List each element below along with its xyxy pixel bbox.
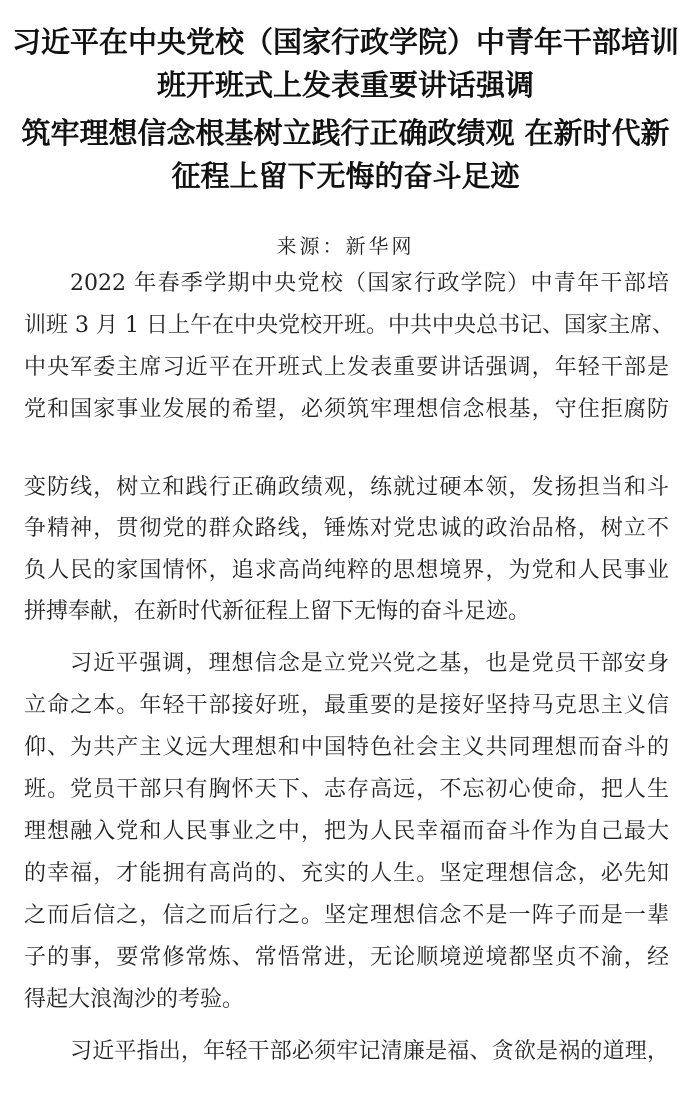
article-source: 来源：新华网 [0,232,691,260]
article-title-line-2: 班开班式上发表重要讲话强调 [0,65,691,105]
paragraph-2-line: 的幸福，才能拥有高尚的、充实的人生。坚定理想信念，必先知 [24,859,669,889]
paragraph-3-line: 习近平指出，年轻干部必须牢记清廉是福、贪欲是祸的道理， [70,1037,669,1067]
paragraph-1-line: 拼搏奉献，在新时代新征程上留下无悔的奋斗足迹。 [24,597,669,627]
paragraph-2-line: 班。党员干部只有胸怀天下、志存高远，不忘初心使命，把人生 [24,775,669,805]
article-title-line-1: 习近平在中央党校（国家行政学院）中青年干部培训 [0,22,691,62]
paragraph-2-line: 理想融入党和人民事业之中，把为人民幸福而奋斗作为自己最大 [24,817,669,847]
paragraph-2-line: 之而后信之，信之而后行之。坚定理想信念不是一阵子而是一辈 [24,901,669,931]
paragraph-2-line: 习近平强调，理想信念是立党兴党之基，也是党员干部安身 [70,649,669,679]
paragraph-1-line: 2022 年春季学期中央党校（国家行政学院）中青年干部培 [70,269,669,299]
paragraph-1-line: 负人民的家国情怀，追求高尚纯粹的思想境界，为党和人民事业 [24,556,669,586]
paragraph-2-line: 立命之本。年轻干部接好班，最重要的是接好坚持马克思主义信 [24,691,669,721]
paragraph-1-line: 训班 3 月 1 日上午在中央党校开班。中共中央总书记、国家主席、 [24,311,669,341]
article-title-line-3: 筑牢理想信念根基树立践行正确政绩观 在新时代新 [0,113,691,153]
paragraph-1-line: 争精神，贯彻党的群众路线，锤炼对党忠诚的政治品格，树立不 [24,514,669,544]
paragraph-2-line: 子的事，要常修常炼、常悟常进，无论顺境逆境都坚贞不渝，经 [24,943,669,973]
paragraph-2-line: 仰、为共产主义远大理想和中国特色社会主义共同理想而奋斗的 [24,733,669,763]
paragraph-2-line: 得起大浪淘沙的考验。 [24,985,669,1015]
article-title-line-4: 征程上留下无悔的奋斗足迹 [0,156,691,196]
paragraph-1-line: 中央军委主席习近平在开班式上发表重要讲话强调，年轻干部是 [24,353,669,383]
paragraph-1-line: 变防线，树立和践行正确政绩观，练就过硬本领，发扬担当和斗 [24,473,669,503]
paragraph-1-line: 党和国家事业发展的希望，必须筑牢理想信念根基，守住拒腐防 [24,395,669,425]
